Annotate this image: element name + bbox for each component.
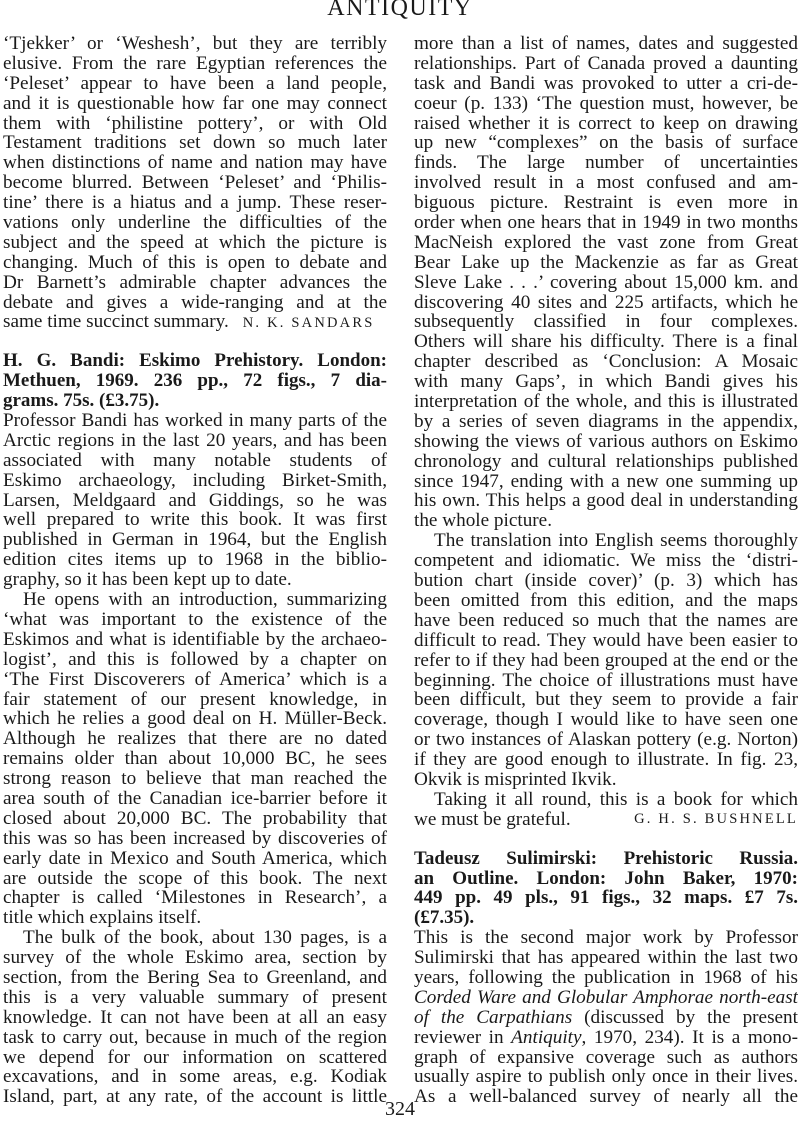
text-line: This is the second major work by Profess…: [414, 928, 798, 948]
text-line: The bulk of the book, about 130 pages, i…: [3, 928, 387, 948]
heading-line: H. G. Bandi: Eskimo Prehistory. London:: [3, 351, 387, 371]
review-heading-bandi: H. G. Bandi: Eskimo Prehistory. London: …: [3, 351, 387, 411]
text-line: graph of expansive coverage such as auth…: [414, 1048, 798, 1068]
text-line: task to carry out, because in much of th…: [3, 1028, 387, 1048]
text-line: title which explains itself.: [3, 908, 387, 928]
paragraph: The bulk of the book, about 130 pages, i…: [3, 928, 387, 1107]
text-line: usually aspire to publish only once in t…: [414, 1067, 798, 1087]
text-line: chronology and cultural relationships pu…: [414, 452, 798, 472]
text-line: Taking it all round, this is a book for …: [414, 790, 798, 810]
text-line: Bear Lake up the Mackenzie as far as Gre…: [414, 253, 798, 273]
text-line: The translation into English seems thoro…: [414, 531, 798, 551]
text-line: fair statement of our present knowledge,…: [3, 690, 387, 710]
text-line: by a series of seven diagrams in the app…: [414, 412, 798, 432]
heading-line: grams. 75s. (£3.75).: [3, 391, 387, 411]
text-line: chapter is called ‘Milestones in Researc…: [3, 888, 387, 908]
previous-review-tail: ‘Tjekker’ or ‘Weshesh’, but they are ter…: [3, 34, 387, 332]
text-line: difficult to read. They would have been …: [414, 631, 798, 651]
text-line: Professor Bandi has worked in many parts…: [3, 411, 387, 431]
text-line: Testament traditions set down so much la…: [3, 133, 387, 153]
text-line: associated with many notable students of: [3, 451, 387, 471]
paragraph: Professor Bandi has worked in many parts…: [3, 411, 387, 590]
paragraph: He opens with an introduction, summarizi…: [3, 590, 387, 928]
heading-line: (£7.35).: [414, 908, 798, 928]
text-line: coverage, though I would like to have se…: [414, 710, 798, 730]
text-line: MacNeish explored the vast zone from Gre…: [414, 233, 798, 253]
reviewer-signature: N. K. SANDARS: [243, 315, 375, 331]
text-line: which he relies a good deal on H. Müller…: [3, 709, 387, 729]
text-line: Eskimos and what is identifiable by the …: [3, 630, 387, 650]
text-line: beginning. The choice of illustrations m…: [414, 671, 798, 691]
text-line: excavations, and in some areas, e.g. Kod…: [3, 1067, 387, 1087]
text-line: raised whether it is correct to keep on …: [414, 114, 798, 134]
text-line: ‘Tjekker’ or ‘Weshesh’, but they are ter…: [3, 34, 387, 54]
text-line: Others will share his difficulty. There …: [414, 332, 798, 352]
text-line: we must be grateful.G. H. S. BUSHNELL: [414, 810, 798, 830]
text-line: if they are good enough to illustrate. I…: [414, 750, 798, 770]
text-line: competent and idiomatic. We miss the ‘di…: [414, 551, 798, 571]
text-line: been omitted from this edition, and the …: [414, 591, 798, 611]
heading-line: an Outline. London: John Baker, 1970:: [414, 869, 798, 889]
text-line: biguous picture. Restraint is even more …: [414, 193, 798, 213]
text-line: He opens with an introduction, summarizi…: [3, 590, 387, 610]
text-line: same time succinct summary.N. K. SANDARS: [3, 312, 387, 332]
text-line: Eskimo archaeology, including Birket-Smi…: [3, 471, 387, 491]
text-fragment: reviewer in: [414, 1028, 511, 1048]
text-line: subsequently classified in four complexe…: [414, 312, 798, 332]
text-line: this was so has been increased by discov…: [3, 829, 387, 849]
book-title-fragment: of the Carpathians: [414, 1008, 572, 1028]
text-line: Sulimirski that has appeared within the …: [414, 948, 798, 968]
text-line: interpretation of the whole, and this is…: [414, 392, 798, 412]
text-line: Larsen, Meldgaard and Giddings, so he wa…: [3, 491, 387, 511]
text-line: elusive. From the rare Egyptian referenc…: [3, 54, 387, 74]
text-line: strong reason to believe that man reache…: [3, 769, 387, 789]
text-line: bution chart (inside cover)’ (p. 3) whic…: [414, 571, 798, 591]
text-line: relationships. Part of Canada proved a d…: [414, 54, 798, 74]
text-line: section, from the Bering Sea to Greenlan…: [3, 968, 387, 988]
text-line: up new “complexes” on the basis of surfa…: [414, 133, 798, 153]
text-line: become blurred. Between ‘Peleset’ and ‘P…: [3, 173, 387, 193]
text-line: involved result in a most confused and a…: [414, 173, 798, 193]
page-number: 324: [0, 1098, 800, 1121]
text-fragment: same time succinct summary.: [3, 312, 229, 332]
text-line: knowledge. It can not have been at all a…: [3, 1008, 387, 1028]
text-line: his own. This helps a good deal in under…: [414, 491, 798, 511]
text-line: edition cites items up to 1968 in the bi…: [3, 550, 387, 570]
text-line: more than a list of names, dates and sug…: [414, 34, 798, 54]
heading-line: Methuen, 1969. 236 pp., 72 figs., 7 dia-: [3, 371, 387, 391]
text-line: coeur (p. 133) ‘The question must, howev…: [414, 94, 798, 114]
right-column: more than a list of names, dates and sug…: [414, 34, 798, 1107]
text-line: chapter described as ‘Conclusion: A Mosa…: [414, 352, 798, 372]
text-line: remains older than about 10,000 BC, he s…: [3, 749, 387, 769]
heading-line: Tadeusz Sulimirski: Prehistoric Russia.: [414, 849, 798, 869]
text-line: area south of the Canadian ice-barrier b…: [3, 789, 387, 809]
running-head: ANTIQUITY: [0, 0, 800, 20]
reviewer-signature: G. H. S. BUSHNELL: [634, 810, 798, 830]
text-fragment: (discussed by the present: [572, 1008, 798, 1028]
text-line: with many Gaps’, in which Bandi gives hi…: [414, 372, 798, 392]
text-line: or two instances of Alaskan pottery (e.g…: [414, 730, 798, 750]
text-fragment: , 1970, 234). It is a mono-: [582, 1028, 798, 1048]
text-line: of the Carpathians (discussed by the pre…: [414, 1008, 798, 1028]
text-line: closed about 20,000 BC. The probability …: [3, 809, 387, 829]
text-line: ‘The First Discoverers of America’ which…: [3, 670, 387, 690]
text-line: survey of the whole Eskimo area, section…: [3, 948, 387, 968]
text-line: showing the views of various authors on …: [414, 432, 798, 452]
text-line: Arctic regions in the last 20 years, and…: [3, 431, 387, 451]
text-line: Although he realizes that there are no d…: [3, 729, 387, 749]
heading-line: 449 pp. 49 pls., 91 figs., 32 maps. £7 7…: [414, 888, 798, 908]
text-line: tine’ there is a hiatus and a jump. Thes…: [3, 193, 387, 213]
text-line: them with ‘philistine pottery’, or with …: [3, 114, 387, 134]
section-gap: [3, 332, 387, 351]
paragraph: Taking it all round, this is a book for …: [414, 790, 798, 830]
text-line: refer to if they had been grouped at the…: [414, 651, 798, 671]
text-line: been difficult, but they seem to provide…: [414, 690, 798, 710]
paragraph: The translation into English seems thoro…: [414, 531, 798, 790]
text-line: well prepared to write this book. It was…: [3, 510, 387, 530]
text-line: we depend for our information on scatter…: [3, 1048, 387, 1068]
paragraph: This is the second major work by Profess…: [414, 928, 798, 1107]
section-gap: [414, 830, 798, 849]
text-line: discovering 40 sites and 225 artifacts, …: [414, 293, 798, 313]
text-line: when distinctions of name and nation may…: [3, 153, 387, 173]
journal-title: Antiquity: [511, 1028, 581, 1048]
text-line: the whole picture.: [414, 511, 798, 531]
text-line: and it is questionable how far one may c…: [3, 94, 387, 114]
book-title-line: Corded Ware and Globular Amphorae north-…: [414, 988, 798, 1008]
text-line: logist’, and this is followed by a chapt…: [3, 650, 387, 670]
text-line: are outside the scope of this book. The …: [3, 869, 387, 889]
text-line: since 1947, ending with a new one summin…: [414, 472, 798, 492]
text-line: graphy, so it has been kept up to date.: [3, 570, 387, 590]
text-line: Okvik is misprinted Ikvik.: [414, 770, 798, 790]
text-line: ‘Peleset’ appear to have been a land peo…: [3, 74, 387, 94]
text-line: published in German in 1964, but the Eng…: [3, 530, 387, 550]
text-line: vations only underline the difficulties …: [3, 213, 387, 233]
text-line: have been reduced so much that the names…: [414, 611, 798, 631]
text-line: changing. Much of this is open to debate…: [3, 253, 387, 273]
text-line: early date in Mexico and South America, …: [3, 849, 387, 869]
text-line: this is a very valuable summary of prese…: [3, 988, 387, 1008]
text-line: ‘what was important to the existence of …: [3, 610, 387, 630]
text-line: years, following the publication in 1968…: [414, 968, 798, 988]
text-line: debate and gives a wide-ranging and at t…: [3, 293, 387, 313]
text-line: Dr Barnett’s admirable chapter advances …: [3, 273, 387, 293]
text-fragment: we must be grateful.: [414, 810, 571, 830]
text-line: subject and the speed at which the pictu…: [3, 233, 387, 253]
left-column: ‘Tjekker’ or ‘Weshesh’, but they are ter…: [3, 34, 387, 1107]
text-line: order when one hears that in 1949 in two…: [414, 213, 798, 233]
text-line: task and Bandi was provoked to utter a c…: [414, 74, 798, 94]
paragraph: more than a list of names, dates and sug…: [414, 34, 798, 531]
text-line: reviewer in Antiquity, 1970, 234). It is…: [414, 1028, 798, 1048]
text-line: finds. The large number of uncertainties: [414, 153, 798, 173]
review-heading-sulimirski: Tadeusz Sulimirski: Prehistoric Russia. …: [414, 849, 798, 929]
text-line: Sleve Lake . . .’ covering about 15,000 …: [414, 273, 798, 293]
